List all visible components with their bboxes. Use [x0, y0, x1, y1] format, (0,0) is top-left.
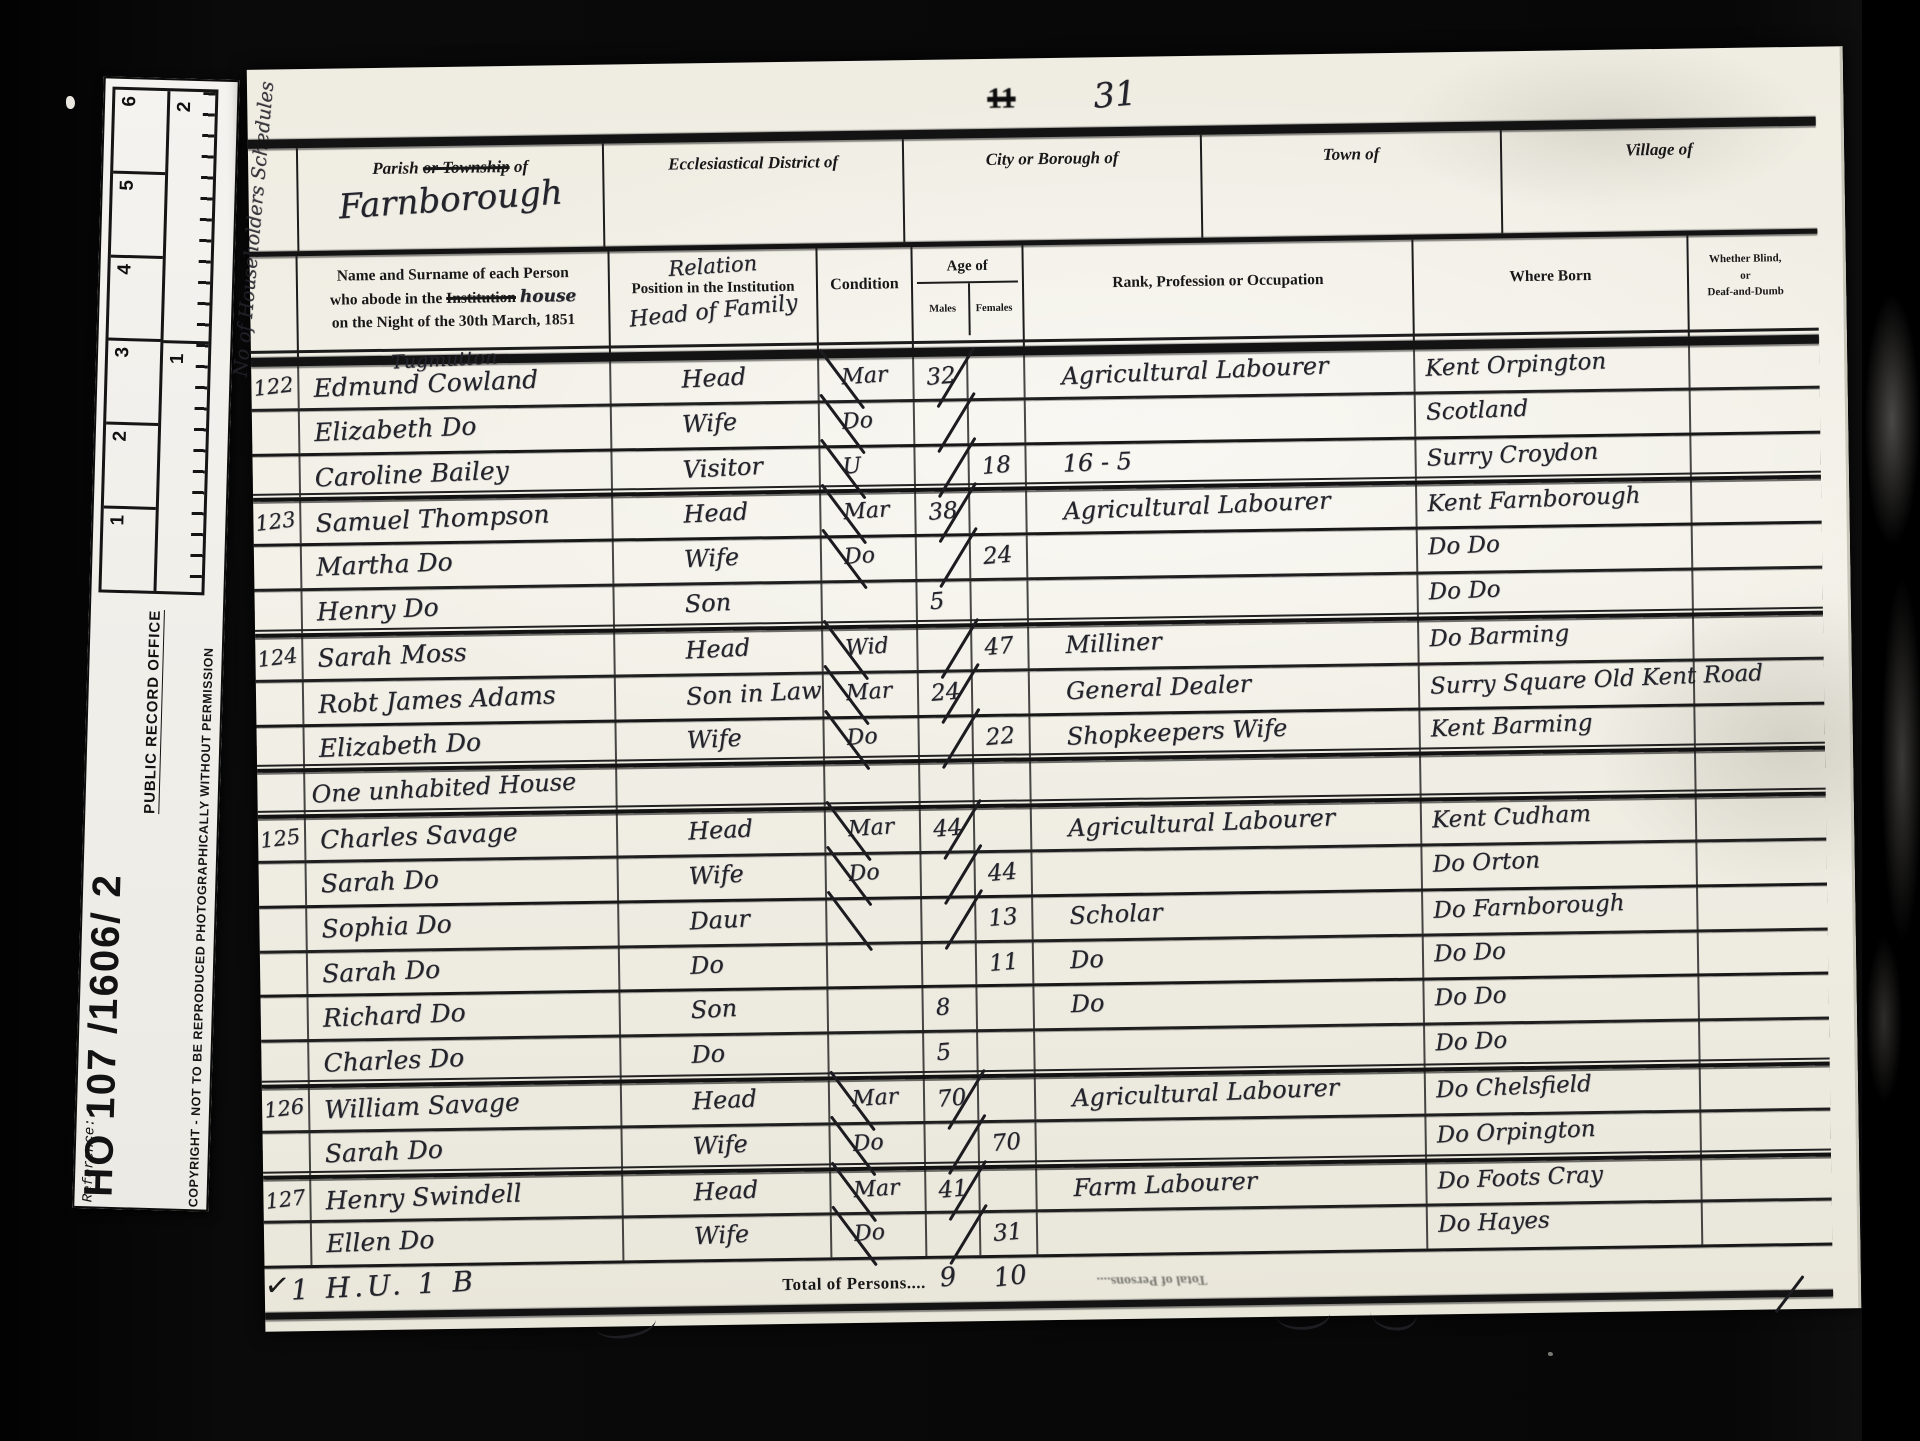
margin-cell — [1808, 704, 1825, 746]
occupation-value: Shopkeepers Wife — [1066, 713, 1288, 750]
age-male-value: 41 — [937, 1175, 968, 1203]
total-of-persons-label: Total of Persons.... — [622, 1259, 926, 1305]
relation-cell: Head — [611, 494, 820, 539]
margin-cell — [1812, 975, 1829, 1017]
schedule-cell — [264, 1224, 311, 1266]
parish-field: Parish or Township of Farnborough — [296, 144, 603, 252]
age-male-cell — [913, 446, 968, 489]
name-header-line2: who abode in the — [330, 291, 443, 310]
where-born-cell: Surry Croydon — [1414, 435, 1690, 481]
relation-value: Wife — [686, 723, 742, 754]
age-female-cell: 31 — [979, 1213, 1037, 1256]
occupation-cell: Agricultural Labourer — [1030, 802, 1421, 850]
ruler-number: 1 — [167, 353, 189, 364]
ruler-number: 2 — [174, 101, 196, 112]
margin-cell — [1808, 659, 1825, 701]
occupation-cell — [1024, 394, 1415, 442]
ruler-segment: 4 — [108, 257, 162, 342]
schedule-cell — [260, 953, 307, 995]
person-name: Ellen Do — [326, 1225, 435, 1258]
occupation-cell: Farm Labourer — [1035, 1162, 1426, 1210]
occupation-cell: Scholar — [1031, 891, 1422, 939]
margin-cell — [1803, 344, 1820, 386]
film-photograph: 654321 21 PUBLIC RECORD OFFICE HO 107 /1… — [0, 0, 1920, 1441]
occupation-cell: Agricultural Labourer — [1023, 350, 1414, 398]
relation-cell: Wife — [614, 719, 823, 764]
person-name: Robt James Adams — [318, 680, 557, 719]
occupation-cell — [1036, 1207, 1427, 1255]
cancelled-page-number: 11 — [987, 82, 1016, 115]
schedule-cell — [254, 591, 301, 633]
relation-value: Wife — [693, 1220, 749, 1251]
village-label: Village of — [1502, 138, 1816, 163]
age-male-value: 70 — [936, 1084, 967, 1112]
occupation-value: Milliner — [1065, 627, 1162, 659]
person-name: Sophia Do — [321, 909, 452, 943]
name-header-struck: Institution — [446, 289, 516, 307]
relation-cell: Head — [620, 1080, 829, 1125]
relation-cell: Head — [616, 811, 825, 856]
person-name: Charles Savage — [320, 818, 519, 855]
city-field: City or Borough of — [902, 135, 1201, 242]
schedule-cell — [263, 1133, 310, 1175]
schedule-cell: 122 — [251, 366, 298, 408]
schedule-cell — [256, 682, 303, 724]
name-cell: Henry Swindell — [309, 1174, 622, 1220]
age-female-cell — [975, 987, 1033, 1030]
age-female-value: 24 — [982, 542, 1013, 570]
name-column-header: Name and Surname of each Person who abod… — [295, 252, 608, 358]
pro-reference-card: 654321 21 PUBLIC RECORD OFFICE HO 107 /1… — [72, 76, 240, 1211]
age-male-cell: 41 — [924, 1169, 979, 1212]
margin-cell — [1806, 569, 1823, 611]
relation-value: Wife — [683, 543, 739, 574]
margin-cell — [1815, 1156, 1832, 1198]
relation-value: Son — [684, 588, 732, 618]
blind-cell — [1688, 344, 1804, 388]
relation-value: Head — [693, 1175, 759, 1206]
blind-cell — [1691, 569, 1807, 613]
schedule-number: 124 — [256, 643, 299, 672]
film-speck — [1548, 1352, 1553, 1356]
person-name: Henry Do — [316, 593, 439, 627]
age-male-cell — [920, 898, 975, 941]
males-label: Males — [917, 283, 968, 336]
ruler-segment: 1 — [102, 509, 156, 591]
where-born-cell — [1419, 752, 1695, 798]
age-male-value: 38 — [927, 498, 958, 526]
age-male-cell: 5 — [915, 581, 970, 624]
relation-value: Do — [691, 1040, 726, 1070]
person-name: Elizabeth Do — [318, 727, 481, 763]
age-male-cell: 44 — [919, 808, 974, 851]
name-cell: Henry Do — [300, 587, 613, 633]
name-cell: Martha Do — [300, 542, 613, 588]
where-born-value: Do Orton — [1432, 847, 1540, 877]
total-females-cell: 10 — [979, 1258, 1037, 1301]
person-name: Sarah Do — [322, 954, 441, 988]
total-males: 9 — [938, 1262, 958, 1294]
condition-value: U — [842, 453, 862, 479]
blind-cell — [1690, 479, 1806, 523]
ruler-segment: 2 — [104, 425, 158, 510]
schedule-cell: 124 — [255, 637, 302, 679]
schedule-cell: 123 — [253, 502, 300, 544]
name-cell: Sarah Do — [306, 948, 619, 994]
relation-cell: Do — [618, 945, 827, 990]
margin-cell — [1810, 840, 1827, 882]
blind-cell — [1693, 704, 1809, 748]
where-born-cell: Scotland — [1414, 390, 1690, 436]
person-name: Sarah Do — [320, 865, 439, 899]
summary-code: 1 H.U. 1 B — [290, 1265, 478, 1307]
blind-cell — [1701, 1201, 1817, 1245]
age-male-cell: 5 — [922, 1032, 977, 1075]
census-page: No of Householders Schedules 11 31 Paris… — [247, 46, 1862, 1332]
age-male-cell: 32 — [912, 356, 967, 399]
relation-value: Wife — [681, 408, 737, 439]
where-born-value: Do Do — [1433, 938, 1506, 967]
occupation-column-header: Rank, Profession or Occupation — [1021, 240, 1412, 347]
check-mark: ✓ — [263, 1267, 292, 1305]
parish-label: Parish — [372, 158, 419, 178]
relation-value: Daur — [689, 904, 751, 935]
schedule-number: 126 — [263, 1094, 306, 1123]
occupation-value: 16 - 5 — [1062, 447, 1132, 478]
age-female-value: 31 — [992, 1219, 1023, 1247]
blind-cell — [1695, 841, 1811, 885]
relation-cell: Head — [621, 1171, 830, 1216]
condition-column-header: Condition — [815, 247, 911, 349]
relation-cell: Visitor — [610, 448, 819, 493]
where-born-value: Do Foots Cray — [1437, 1161, 1604, 1194]
blind-cell — [1694, 750, 1810, 794]
blind-cell — [1692, 615, 1808, 659]
blind-cell — [1699, 1111, 1815, 1155]
relation-value: Head — [691, 1084, 757, 1115]
age-female-cell — [967, 400, 1025, 443]
name-cell: Sarah Do — [304, 858, 617, 904]
where-born-value: Do Do — [1435, 1028, 1508, 1057]
office-title: PUBLIC RECORD OFFICE — [141, 604, 164, 814]
where-born-value: Do Chelsfield — [1435, 1071, 1592, 1103]
margin-cell — [1804, 388, 1821, 430]
relation-cell: Daur — [617, 900, 826, 945]
name-cell: Sophia Do — [305, 903, 618, 949]
where-born-value: Scotland — [1425, 395, 1528, 425]
schedule-number: 123 — [254, 508, 297, 537]
where-born-value: Kent Orpington — [1425, 348, 1607, 381]
relation-value: Wife — [692, 1129, 748, 1160]
age-female-cell: 24 — [969, 536, 1027, 579]
blind-cell — [1691, 524, 1807, 568]
where-born-value: Kent Farnborough — [1427, 483, 1641, 518]
age-female-cell: 13 — [974, 897, 1032, 940]
schedule-column-header — [250, 256, 297, 358]
blind-cell — [1697, 975, 1813, 1019]
occupation-cell: General Dealer — [1028, 665, 1419, 713]
ruler-number: 2 — [110, 431, 132, 442]
age-female-cell: 18 — [967, 445, 1025, 488]
house-note: One unhabited House — [311, 768, 577, 809]
name-cell: Elizabeth Do — [302, 722, 615, 768]
age-female-value: 22 — [985, 722, 1016, 750]
age-male-cell: 24 — [917, 672, 972, 715]
ruler-number: 1 — [107, 515, 129, 526]
where-born-cell: Kent Cudham — [1420, 798, 1696, 844]
age-male-cell — [919, 853, 974, 896]
where-born-cell: Do Barming — [1417, 616, 1693, 662]
age-male-value: 24 — [930, 678, 961, 706]
females-label: Females — [967, 282, 1018, 335]
name-cell: One unhabited House — [303, 768, 616, 814]
relation-value: Son in Law — [685, 676, 822, 711]
occupation-cell — [1030, 847, 1421, 895]
where-born-value: Kent Barming — [1430, 709, 1593, 742]
ruler-number: 5 — [117, 180, 139, 191]
measurement-ruler: 654321 21 — [98, 87, 218, 596]
blind-header-line1: Whether Blind, — [1693, 250, 1798, 268]
schedule-number: 125 — [259, 824, 302, 853]
person-name: Henry Swindell — [325, 1178, 522, 1215]
name-cell: Robt James Adams — [302, 677, 615, 723]
occupation-cell: 16 - 5 — [1024, 439, 1415, 487]
age-male-cell: 38 — [914, 492, 969, 535]
relation-value: Head — [687, 814, 753, 845]
margin-cell — [1816, 1201, 1833, 1243]
where-born-cell: Do Foots Cray — [1425, 1158, 1701, 1204]
occupation-cell: Do — [1032, 981, 1423, 1029]
occupation-value: Scholar — [1069, 898, 1163, 930]
header-spacer — [248, 148, 298, 252]
reference-label: Reference:- — [80, 1092, 99, 1202]
age-female-cell: 70 — [977, 1122, 1035, 1165]
occupation-cell: Agricultural Labourer — [1025, 485, 1416, 533]
where-born-value: Do Barming — [1429, 620, 1570, 652]
name-cell: Sarah Moss — [301, 632, 614, 678]
where-born-cell: Do Do — [1416, 526, 1692, 572]
occupation-cell — [1034, 1116, 1425, 1164]
age-female-cell: 11 — [975, 942, 1033, 985]
age-female-cell: 47 — [970, 626, 1028, 669]
name-cell: Tugmutton Edmund Cowland — [297, 362, 610, 408]
age-of-label: Age of — [916, 249, 1017, 283]
person-name: William Savage — [324, 1087, 521, 1124]
age-male-cell — [923, 1123, 978, 1166]
occupation-value: General Dealer — [1065, 669, 1251, 705]
condition-cell — [827, 1033, 923, 1076]
age-male-cell — [915, 536, 970, 579]
age-male-cell: 70 — [923, 1078, 978, 1121]
age-male-value: 32 — [925, 362, 956, 390]
mirrored-label: Total of Persons.... — [1096, 1271, 1208, 1289]
occupation-cell — [1033, 1026, 1424, 1074]
schedule-number: 122 — [252, 372, 295, 401]
census-rows: 122 Tugmutton Edmund Cowland Head Mar 32… — [251, 344, 1833, 1311]
occupation-value: Farm Labourer — [1073, 1166, 1258, 1202]
name-header-line3: on the Night of the 30th March, 1851 — [302, 309, 604, 336]
where-born-cell: Surry Square Old Kent Road — [1418, 661, 1694, 707]
folio-number: 31 — [1091, 73, 1137, 117]
film-edge — [1862, 0, 1920, 1441]
town-label: Town of — [1202, 142, 1500, 166]
age-male-cell — [918, 763, 973, 806]
relation-cell: Head — [613, 629, 822, 674]
header-margin — [1801, 234, 1818, 335]
age-female-cell: 44 — [973, 852, 1031, 895]
schedule-cell: 126 — [262, 1088, 309, 1130]
ruler-segment: 3 — [106, 341, 160, 426]
ruler-number: 6 — [119, 96, 141, 107]
blind-cell — [1697, 930, 1813, 974]
condition-cell — [820, 582, 916, 625]
occupation-cell — [1026, 575, 1417, 623]
relation-cell: Wife — [620, 1125, 829, 1170]
where-born-value: Do Do — [1434, 983, 1507, 1012]
occupation-cell: Agricultural Labourer — [1034, 1072, 1425, 1120]
name-cell: Charles Do — [307, 1038, 620, 1084]
where-born-cell: Do Hayes — [1426, 1203, 1702, 1249]
name-cell: Sarah Do — [309, 1128, 622, 1174]
village-field: Village of — [1500, 126, 1817, 234]
person-name: Richard Do — [322, 998, 466, 1033]
where-born-cell: Do Do — [1416, 571, 1692, 617]
age-male-cell — [916, 627, 971, 670]
ruler-segment: 5 — [111, 173, 165, 258]
occupation-value: Agricultural Labourer — [1068, 803, 1336, 842]
town-field: Town of — [1200, 130, 1501, 237]
occupation-value: Do — [1069, 944, 1104, 973]
relation-value: Head — [683, 498, 749, 529]
total-males-cell: 9 — [925, 1258, 980, 1301]
ruler-number: 3 — [112, 347, 134, 358]
person-name: Samuel Thompson — [315, 500, 550, 539]
margin-cell — [1813, 1020, 1830, 1062]
schedule-cell — [252, 411, 299, 453]
where-born-value: Do Orpington — [1436, 1116, 1596, 1148]
age-female-cell — [969, 580, 1027, 623]
age-male-value: 5 — [929, 588, 946, 615]
blind-cell — [1689, 433, 1805, 477]
where-born-cell: Do Orpington — [1424, 1112, 1700, 1158]
relation-value: Head — [681, 362, 747, 393]
occupation-cell — [1026, 530, 1417, 578]
relation-cell: Do — [619, 1035, 828, 1080]
schedule-cell: 125 — [258, 818, 305, 860]
age-male-cell — [925, 1214, 980, 1257]
where-born-cell: Kent Barming — [1418, 706, 1694, 752]
condition-cell — [823, 763, 919, 806]
relation-value: Son — [690, 994, 738, 1024]
name-header-hand: house — [520, 287, 577, 308]
age-female-cell: 22 — [971, 716, 1029, 759]
person-name: Martha Do — [316, 547, 454, 582]
name-cell: Elizabeth Do — [298, 406, 611, 452]
age-male-value: 5 — [935, 1039, 952, 1066]
condition-cell — [826, 944, 922, 987]
schedule-cell: 127 — [263, 1179, 310, 1221]
parish-label-struck: or Township — [423, 157, 510, 177]
where-born-cell: Kent Farnborough — [1415, 481, 1691, 527]
margin-cell — [1807, 614, 1824, 656]
person-name: Sarah Do — [324, 1134, 443, 1168]
age-male-value: 8 — [935, 994, 952, 1021]
age-column-header: Age of Males Females — [910, 245, 1022, 348]
schedule-cell — [257, 772, 304, 814]
blind-header-line3: Deaf-and-Dumb — [1693, 283, 1798, 301]
age-female-value: 13 — [987, 903, 1018, 931]
occupation-cell: Do — [1032, 936, 1423, 984]
margin-cell — [1806, 524, 1823, 566]
relation-cell: Wife — [616, 855, 825, 900]
age-male-cell — [921, 943, 976, 986]
total-females: 10 — [992, 1260, 1028, 1294]
relation-cell: Wife — [610, 403, 819, 448]
age-female-value: 47 — [983, 632, 1014, 660]
blind-cell — [1693, 660, 1809, 704]
name-cell: Ellen Do — [310, 1219, 623, 1265]
relation-column-header: Relation Position in the Institution Hea… — [607, 248, 816, 352]
age-male-value: 44 — [932, 815, 963, 843]
where-born-cell: Do Farnborough — [1421, 887, 1697, 933]
occupation-value: Agricultural Labourer — [1072, 1073, 1340, 1112]
occupation-value: Agricultural Labourer — [1063, 487, 1331, 526]
name-cell: Charles Savage — [304, 814, 617, 860]
blind-header-line2: or — [1693, 266, 1798, 284]
show-through-text: Total of Persons.... — [1036, 1252, 1427, 1300]
age-female-value: 18 — [981, 451, 1012, 479]
blind-cell — [1689, 389, 1805, 433]
margin-cell — [1812, 930, 1829, 972]
blind-column-header: Whether Blind, or Deaf-and-Dumb — [1686, 234, 1802, 337]
relation-cell — [615, 765, 824, 810]
where-born-cell: Do Do — [1422, 932, 1698, 978]
schedule-cell — [259, 908, 306, 950]
blind-cell — [1700, 1156, 1816, 1200]
person-name: Caroline Bailey — [314, 455, 509, 492]
name-cell: William Savage — [308, 1083, 621, 1129]
where-born-value: Kent Cudham — [1431, 801, 1591, 833]
folio-numbers: 11 31 — [987, 75, 1137, 117]
where-born-cell: Kent Orpington — [1413, 346, 1689, 392]
margin-cell — [1814, 1066, 1831, 1108]
age-female-value: 44 — [987, 859, 1018, 887]
age-male-cell — [917, 717, 972, 760]
margin-cell — [1809, 750, 1826, 792]
pen-flourish — [1368, 1291, 1418, 1333]
where-born-value: Do Do — [1428, 576, 1501, 605]
where-born-value: Surry Croydon — [1426, 438, 1599, 471]
relation-cell: Wife — [612, 539, 821, 584]
where-born-value: Do Hayes — [1437, 1208, 1550, 1239]
relation-value: Wife — [688, 860, 744, 891]
relation-cell: Wife — [622, 1216, 831, 1261]
ruler-segment: 6 — [113, 90, 167, 175]
name-cell: Samuel Thompson — [299, 497, 612, 543]
name-cell: Caroline Bailey — [298, 451, 611, 497]
occupation-value: Do — [1070, 989, 1105, 1018]
city-label: City or Borough of — [904, 147, 1200, 171]
where-born-value: Do Farnborough — [1433, 890, 1625, 924]
relation-value: Visitor — [682, 452, 763, 484]
where-born-cell: Do Chelsfield — [1424, 1067, 1700, 1113]
card-text-block: PUBLIC RECORD OFFICE HO 107 /1606/ 2 Ref… — [72, 596, 185, 1204]
age-female-cell — [972, 762, 1030, 805]
schedule-cell — [256, 727, 303, 769]
film-speck — [66, 96, 75, 109]
person-name: Elizabeth Do — [314, 411, 477, 447]
occupation-cell: Shopkeepers Wife — [1028, 710, 1419, 758]
